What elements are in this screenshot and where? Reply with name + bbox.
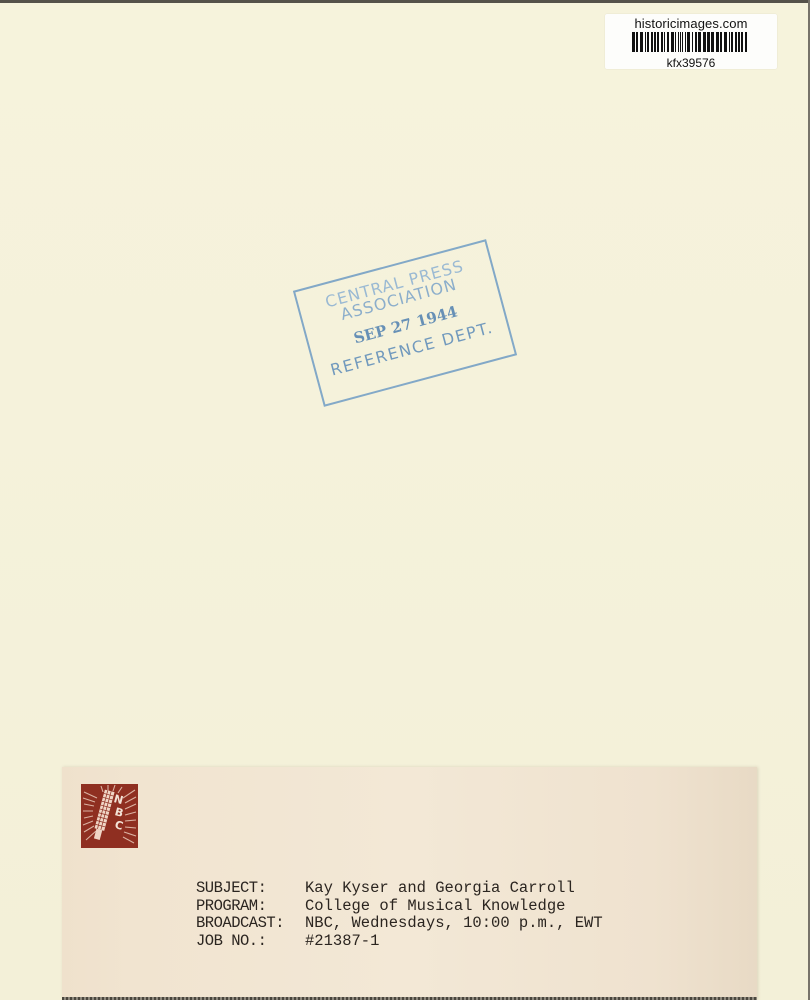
svg-text:B: B (113, 805, 124, 820)
field-job-no: JOB NO.: #21387-1 (196, 933, 603, 951)
svg-text:C: C (113, 818, 124, 833)
reference-stamp: CENTRAL PRESS ASSOCIATION SEP 27 1944 RE… (293, 239, 517, 407)
field-label: SUBJECT: (196, 880, 305, 898)
barcode-label: historicimages.com kfx39576 (605, 14, 777, 69)
field-value: College of Musical Knowledge (305, 898, 565, 916)
field-program: PROGRAM: College of Musical Knowledge (196, 898, 603, 916)
barcode-site-text: historicimages.com (605, 16, 777, 31)
barcode-item-id: kfx39576 (605, 57, 777, 69)
photo-back-page: historicimages.com kfx39576 CENTRAL PRES… (0, 0, 810, 1000)
field-value: NBC, Wednesdays, 10:00 p.m., EWT (305, 915, 603, 933)
field-label: JOB NO.: (196, 933, 305, 951)
field-value: #21387-1 (305, 933, 379, 951)
nbc-microphone-logo-icon: N B C (81, 784, 138, 848)
info-fields: SUBJECT: Kay Kyser and Georgia Carroll P… (196, 880, 603, 950)
field-value: Kay Kyser and Georgia Carroll (305, 880, 575, 898)
nbc-info-sheet: N B C SUBJECT: Kay Kyser and Georgia Car… (62, 767, 757, 1000)
field-broadcast: BROADCAST: NBC, Wednesdays, 10:00 p.m., … (196, 915, 603, 933)
field-label: PROGRAM: (196, 898, 305, 916)
field-label: BROADCAST: (196, 915, 305, 933)
top-edge (0, 0, 810, 3)
barcode-icon (632, 32, 750, 52)
field-subject: SUBJECT: Kay Kyser and Georgia Carroll (196, 880, 603, 898)
